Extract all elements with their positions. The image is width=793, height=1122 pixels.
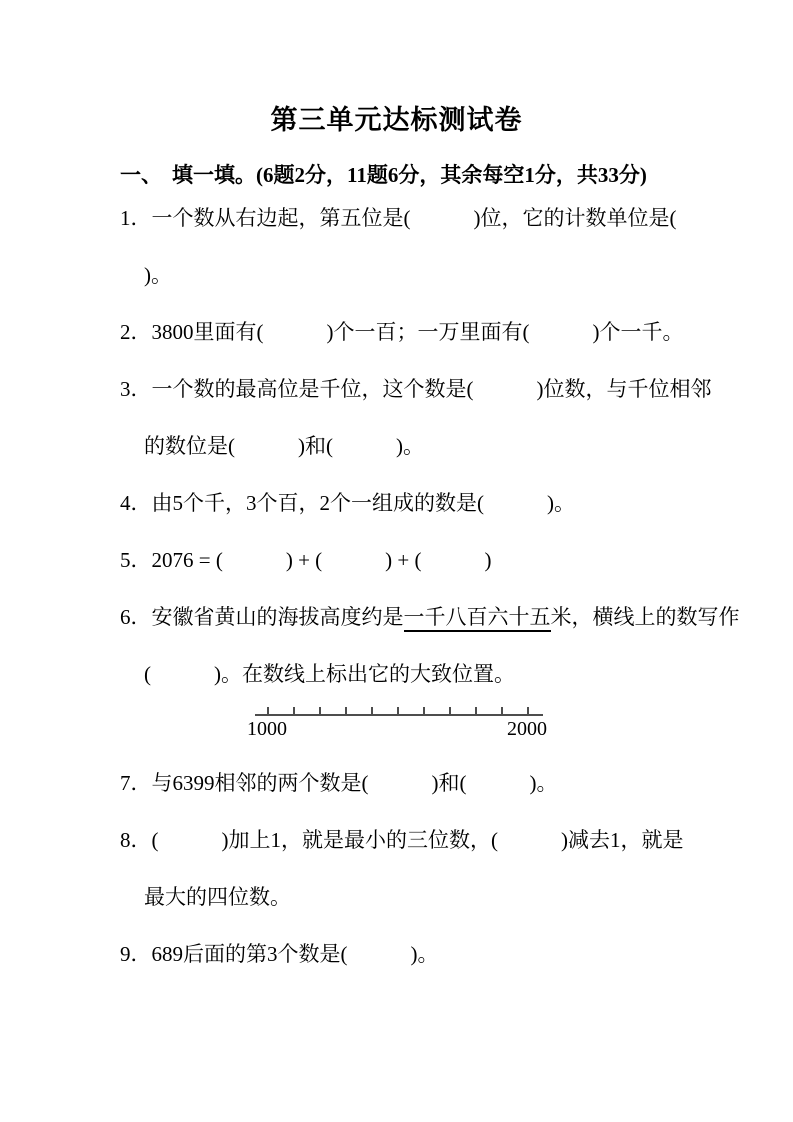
question-text: 的数位是( )和( )。 [144,434,424,458]
question-4-line-1: 4．由5个千，3个百，2个一组成的数是( )。 [120,475,793,532]
question-2-line-1: 2．3800里面有( )个一百；一万里面有( )个一千。 [120,304,793,361]
question-text: 4．由5个千，3个百，2个一组成的数是( )。 [120,491,575,515]
section-score-note: (6题2分，11题6分，其余每空1分，共33分) [256,163,647,187]
number-line-tick [345,707,347,716]
number-line-tick [319,707,321,716]
question-text: 9．689后面的第3个数是( )。 [120,942,439,966]
question-8-line-1: 8．( )加上1，就是最小的三位数，( )减去1，就是 [120,812,793,869]
number-line-tick [501,707,503,716]
question-text: 2．3800里面有( )个一百；一万里面有( )个一千。 [120,320,683,344]
section-header: 一、填一填。(6题2分，11题6分，其余每空1分，共33分) [0,161,793,190]
question-5-line-1: 5．2076 = ( ) + ( ) + ( ) [120,532,793,589]
question-text: 3．一个数的最高位是千位，这个数是( )位数，与千位相邻 [120,377,711,401]
number-line: 10002000 [255,703,555,755]
number-line-tick [423,707,425,716]
question-6-line-2: ( )。在数线上标出它的大致位置。 [120,646,793,703]
question-text: 米，横线上的数写作 [551,605,740,629]
section-label: 填一填。 [172,163,256,187]
question-text: 7．与6399相邻的两个数是( )和( )。 [120,771,557,795]
question-text: 8．( )加上1，就是最小的三位数，( )减去1，就是 [120,828,683,852]
question-1-line-1: 1．一个数从右边起，第五位是( )位，它的计数单位是( [120,190,793,247]
number-line-tick [293,707,295,716]
question-9-line-1: 9．689后面的第3个数是( )。 [120,926,793,983]
number-line-tick [475,707,477,716]
number-line-start-label: 1000 [247,719,287,739]
section-number: 一、 [120,163,162,187]
number-line-tick [397,707,399,716]
question-text: 最大的四位数。 [144,885,291,909]
question-text: 5．2076 = ( ) + ( ) + ( ) [120,548,492,572]
number-line-axis [255,714,543,716]
page-title: 第三单元达标测试卷 [0,0,793,140]
question-text: ( )。在数线上标出它的大致位置。 [144,662,515,686]
number-line-end-label: 2000 [507,719,547,739]
number-line-tick [371,707,373,716]
number-line-tick [267,707,269,716]
question-8-line-2: 最大的四位数。 [120,869,793,926]
questions-list: 1．一个数从右边起，第五位是( )位，它的计数单位是()。2．3800里面有( … [0,190,793,983]
question-3-line-2: 的数位是( )和( )。 [120,418,793,475]
question-text: 1．一个数从右边起，第五位是( )位，它的计数单位是( [120,206,676,230]
question-7-line-1: 7．与6399相邻的两个数是( )和( )。 [120,755,793,812]
test-paper-page: 第三单元达标测试卷 一、填一填。(6题2分，11题6分，其余每空1分，共33分)… [0,0,793,1122]
underlined-text: 一千八百六十五 [404,605,551,632]
question-1-line-2: )。 [120,247,793,304]
question-text: 6．安徽省黄山的海拔高度约是 [120,605,404,629]
question-6-line-1: 6．安徽省黄山的海拔高度约是一千八百六十五米，横线上的数写作 [120,589,793,646]
number-line-tick [527,707,529,716]
question-text: )。 [144,263,172,287]
question-3-line-1: 3．一个数的最高位是千位，这个数是( )位数，与千位相邻 [120,361,793,418]
number-line-tick [449,707,451,716]
